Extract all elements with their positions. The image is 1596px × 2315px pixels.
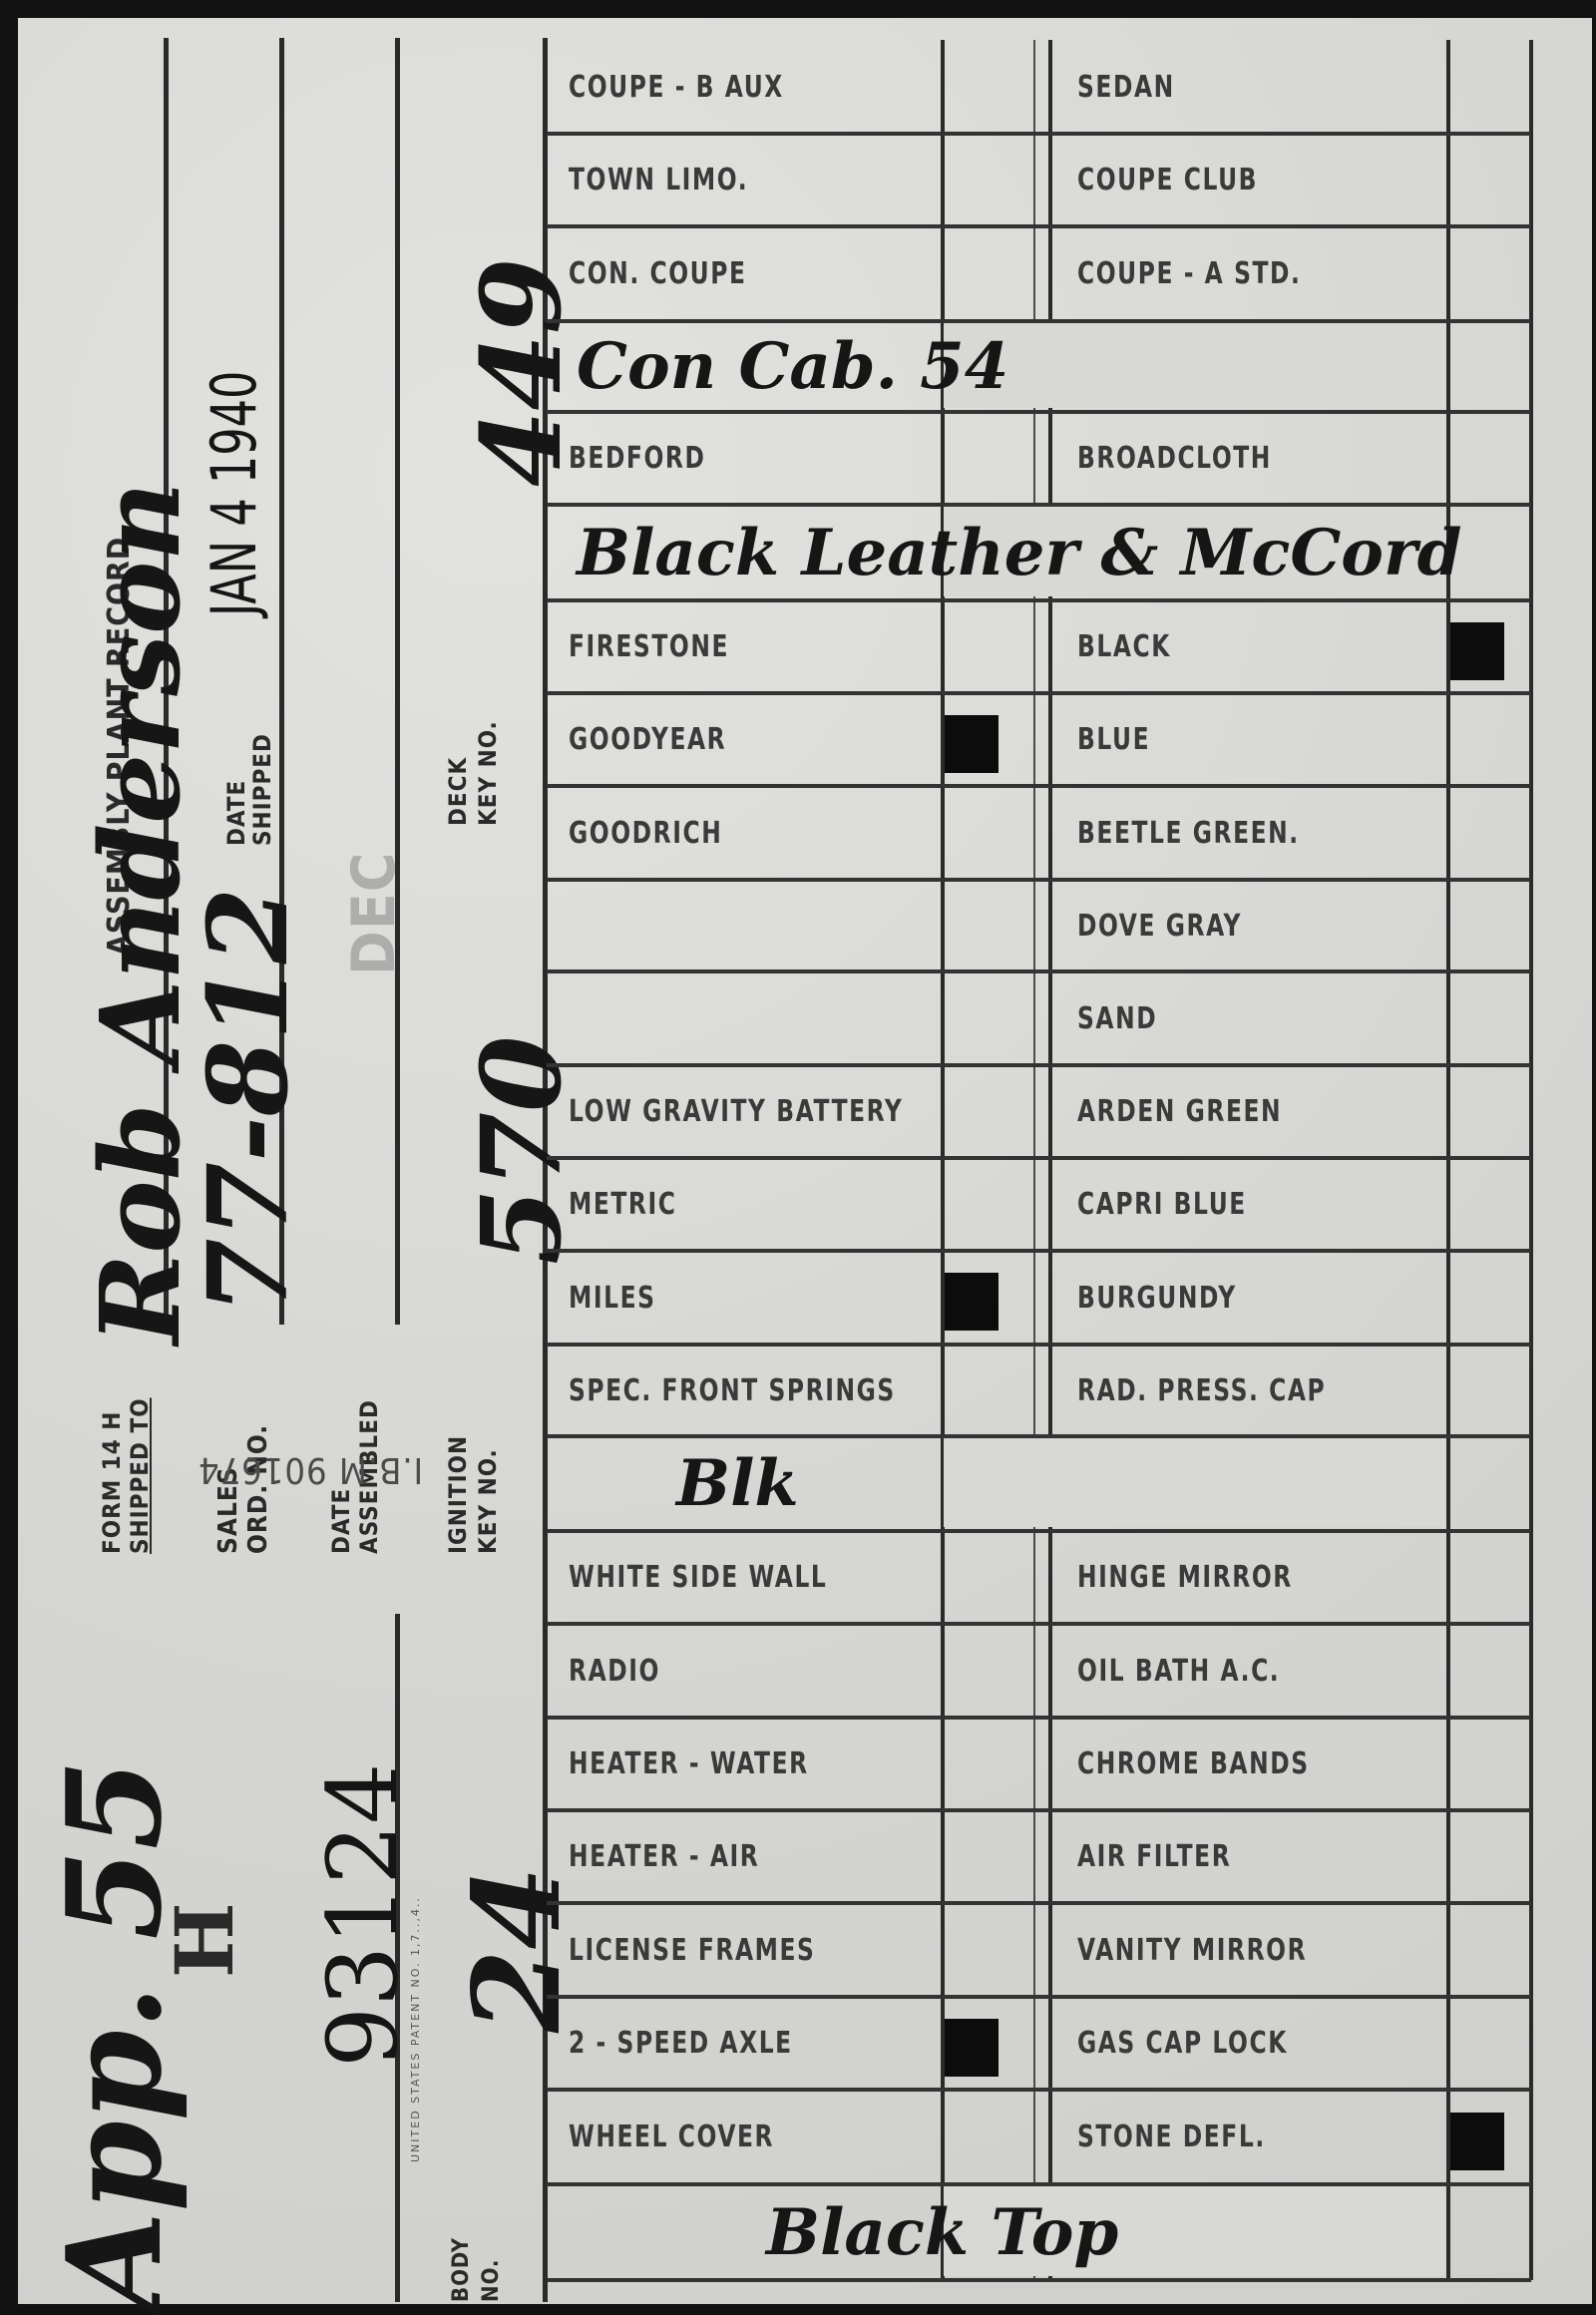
option-row: HEATER - AIRAIR FILTER	[547, 1810, 1531, 1903]
option-label-right: OIL BATH A.C.	[1077, 1624, 1280, 1718]
option-label-left: LOW GRAVITY BATTERY	[569, 1065, 903, 1158]
handwritten-row: Con Cab. 54	[547, 321, 1531, 412]
option-label-left: COUPE - B AUX	[569, 40, 784, 134]
check-mark-icon	[1450, 622, 1504, 680]
check-mark-icon	[945, 1273, 998, 1331]
checkbox-left[interactable]	[945, 230, 1032, 317]
serial-prefix: H	[158, 1901, 251, 1978]
checkbox-right[interactable]	[1450, 2094, 1528, 2180]
option-label-left: TOWN LIMO.	[569, 134, 748, 226]
checkbox-right[interactable]	[1450, 138, 1528, 222]
rule-date-assembled	[395, 38, 400, 1325]
checkbox-left[interactable]	[945, 44, 1032, 130]
option-label-left: 2 - SPEED AXLE	[569, 1997, 793, 2090]
option-row: MILESBURGUNDY	[547, 1251, 1531, 1345]
option-label-right: DOVE GRAY	[1077, 880, 1242, 971]
option-row: GOODYEARBLUE	[547, 693, 1531, 786]
handwritten-entry: Black Leather & McCord	[577, 505, 1461, 600]
deck-key-label: DECK KEY NO.	[443, 716, 503, 826]
handwritten-row: Black Leather & McCord	[547, 505, 1531, 600]
option-label-right: COUPE - A STD.	[1077, 226, 1301, 321]
option-row: SAND	[547, 971, 1531, 1065]
option-label-left: FIRESTONE	[569, 600, 729, 693]
merged-cell	[944, 323, 1445, 408]
checkbox-left[interactable]	[945, 1535, 1032, 1620]
option-label-left: METRIC	[569, 1158, 676, 1251]
checkbox-right[interactable]	[1450, 230, 1528, 317]
option-label-right: BURGUNDY	[1077, 1251, 1237, 1345]
option-label-right: BLUE	[1077, 693, 1150, 786]
option-label-right: CHROME BANDS	[1077, 1718, 1310, 1810]
checkbox-left[interactable]	[945, 1255, 1032, 1341]
checkbox-right[interactable]	[1450, 1349, 1528, 1432]
checkbox-left[interactable]	[945, 1069, 1032, 1154]
merged-cell	[944, 1438, 1445, 1527]
checkbox-right[interactable]	[1450, 44, 1528, 130]
checkbox-right[interactable]	[1450, 1722, 1528, 1806]
checkbox-left[interactable]	[945, 1814, 1032, 1899]
option-label-left: RADIO	[569, 1624, 660, 1718]
serial-number: 93124	[307, 1763, 419, 2068]
option-row: LICENSE FRAMESVANITY MIRROR	[547, 1903, 1531, 1997]
checkbox-right[interactable]	[1450, 975, 1528, 1061]
option-label-left: WHEEL COVER	[569, 2090, 774, 2184]
handwritten-row: Black Top	[547, 2184, 1531, 2280]
option-label-right: BROADCLOTH	[1077, 412, 1272, 505]
option-row: RADIOOIL BATH A.C.	[547, 1624, 1531, 1718]
check-mark-icon	[945, 715, 998, 773]
checkbox-right[interactable]	[1450, 1907, 1528, 1993]
checkbox-right[interactable]	[1450, 1535, 1528, 1620]
checkbox-left[interactable]	[945, 1349, 1032, 1432]
option-label-left: CON. COUPE	[569, 226, 746, 321]
option-row: WHEEL COVERSTONE DEFL.	[547, 2090, 1531, 2184]
option-label-right: BLACK	[1077, 600, 1171, 693]
option-label-left: GOODRICH	[569, 786, 722, 880]
checkbox-right[interactable]	[1450, 604, 1528, 689]
checkbox-left[interactable]	[945, 884, 1032, 967]
checkbox-right[interactable]	[1450, 1628, 1528, 1714]
option-label-right: STONE DEFL.	[1077, 2090, 1266, 2184]
option-row: GOODRICHBEETLE GREEN.	[547, 786, 1531, 880]
date-assembled-stamp: DEC	[339, 852, 409, 975]
checkbox-right[interactable]	[1450, 416, 1528, 501]
option-label-right: SEDAN	[1077, 40, 1175, 134]
option-row: DOVE GRAY	[547, 880, 1531, 971]
option-label-right: VANITY MIRROR	[1077, 1903, 1307, 1997]
app-note: App. 55	[38, 1759, 191, 2312]
handwritten-entry: Con Cab. 54	[577, 321, 1008, 412]
checkbox-left[interactable]	[945, 2094, 1032, 2180]
option-label-right: COUPE CLUB	[1077, 134, 1258, 226]
checkbox-left[interactable]	[945, 1722, 1032, 1806]
option-label-right: RAD. PRESS. CAP	[1077, 1345, 1326, 1436]
option-label-right: HINGE MIRROR	[1077, 1531, 1293, 1624]
checkbox-right[interactable]	[1450, 1162, 1528, 1247]
option-row: METRICCAPRI BLUE	[547, 1158, 1531, 1251]
date-shipped-value: JAN 4 1940	[198, 371, 270, 616]
option-label-left: LICENSE FRAMES	[569, 1903, 815, 1997]
option-row: SPEC. FRONT SPRINGSRAD. PRESS. CAP	[547, 1345, 1531, 1436]
option-row: WHITE SIDE WALLHINGE MIRROR	[547, 1531, 1531, 1624]
option-label-right: GAS CAP LOCK	[1077, 1997, 1288, 2090]
checkbox-right[interactable]	[1450, 884, 1528, 967]
ignition-key-label-text: IGNITION KEY NO.	[443, 1404, 503, 1554]
deck-key-label-text: DECK KEY NO.	[443, 716, 503, 826]
ignition-key-label: IGNITION KEY NO.	[443, 1404, 503, 1554]
checkbox-left[interactable]	[945, 975, 1032, 1061]
assembly-plant-record-card: ASSEMBLY PLANT RECORD, Rob Anderson DATE…	[18, 18, 1592, 2304]
option-row: 2 - SPEED AXLEGAS CAP LOCK	[547, 1997, 1531, 2090]
option-label-left: MILES	[569, 1251, 656, 1345]
option-label-left: HEATER - AIR	[569, 1810, 759, 1903]
checkbox-left[interactable]	[945, 1907, 1032, 1993]
form-number: FORM 14 H	[98, 1397, 126, 1554]
checkbox-left[interactable]	[945, 697, 1032, 782]
checkbox-left[interactable]	[945, 416, 1032, 501]
sales-ord-value: 77-812	[184, 888, 312, 1315]
handwritten-entry: Black Top	[766, 2184, 1118, 2280]
option-row: CON. COUPECOUPE - A STD.	[547, 226, 1531, 321]
option-row: COUPE - B AUXSEDAN	[547, 40, 1531, 134]
checkbox-right[interactable]	[1450, 2001, 1528, 2086]
option-row: BEDFORDBROADCLOTH	[547, 412, 1531, 505]
option-label-right: BEETLE GREEN.	[1077, 786, 1300, 880]
checkbox-left[interactable]	[945, 2001, 1032, 2086]
option-row: HEATER - WATERCHROME BANDS	[547, 1718, 1531, 1810]
patent-text: UNITED STATES PATENT NO. 1,7..,4..	[409, 1896, 422, 2162]
checkbox-right[interactable]	[1450, 1069, 1528, 1154]
handwritten-row: Blk	[547, 1436, 1531, 1531]
shipped-to-label: SHIPPED TO	[126, 1397, 154, 1554]
option-row: FIRESTONEBLACK	[547, 600, 1531, 693]
checkbox-left[interactable]	[945, 604, 1032, 689]
option-label-left: GOODYEAR	[569, 693, 726, 786]
options-grid: COUPE - B AUXSEDANTOWN LIMO.COUPE CLUBCO…	[547, 40, 1531, 2302]
print-code: I.B.M 901674	[198, 1449, 423, 1490]
option-label-left: SPEC. FRONT SPRINGS	[569, 1345, 896, 1436]
option-row: LOW GRAVITY BATTERYARDEN GREEN	[547, 1065, 1531, 1158]
checkbox-left[interactable]	[945, 790, 1032, 876]
option-label-right: ARDEN GREEN	[1077, 1065, 1282, 1158]
checkbox-right[interactable]	[1450, 1255, 1528, 1341]
check-mark-icon	[945, 2019, 998, 2077]
option-label-left: BEDFORD	[569, 412, 705, 505]
handwritten-entry: Blk	[676, 1436, 799, 1531]
option-label-right: CAPRI BLUE	[1077, 1158, 1247, 1251]
option-label-right: AIR FILTER	[1077, 1810, 1231, 1903]
checkbox-right[interactable]	[1450, 1814, 1528, 1899]
date-shipped-label: DATE SHIPPED	[223, 726, 275, 846]
check-mark-icon	[1450, 2113, 1504, 2170]
form-number-label: FORM 14 H SHIPPED TO	[98, 1397, 154, 1554]
option-label-left: WHITE SIDE WALL	[569, 1531, 827, 1624]
checkbox-right[interactable]	[1450, 790, 1528, 876]
checkbox-left[interactable]	[945, 1162, 1032, 1247]
date-shipped-label-text: DATE SHIPPED	[223, 726, 275, 846]
body-no-label: BODY NO.	[447, 2222, 507, 2302]
checkbox-left[interactable]	[945, 1628, 1032, 1714]
option-label-right: SAND	[1077, 971, 1157, 1065]
checkbox-right[interactable]	[1450, 697, 1528, 782]
option-label-left: HEATER - WATER	[569, 1718, 809, 1810]
option-row: TOWN LIMO.COUPE CLUB	[547, 134, 1531, 226]
body-no-label-text: BODY NO.	[447, 2222, 507, 2302]
checkbox-left[interactable]	[945, 138, 1032, 222]
